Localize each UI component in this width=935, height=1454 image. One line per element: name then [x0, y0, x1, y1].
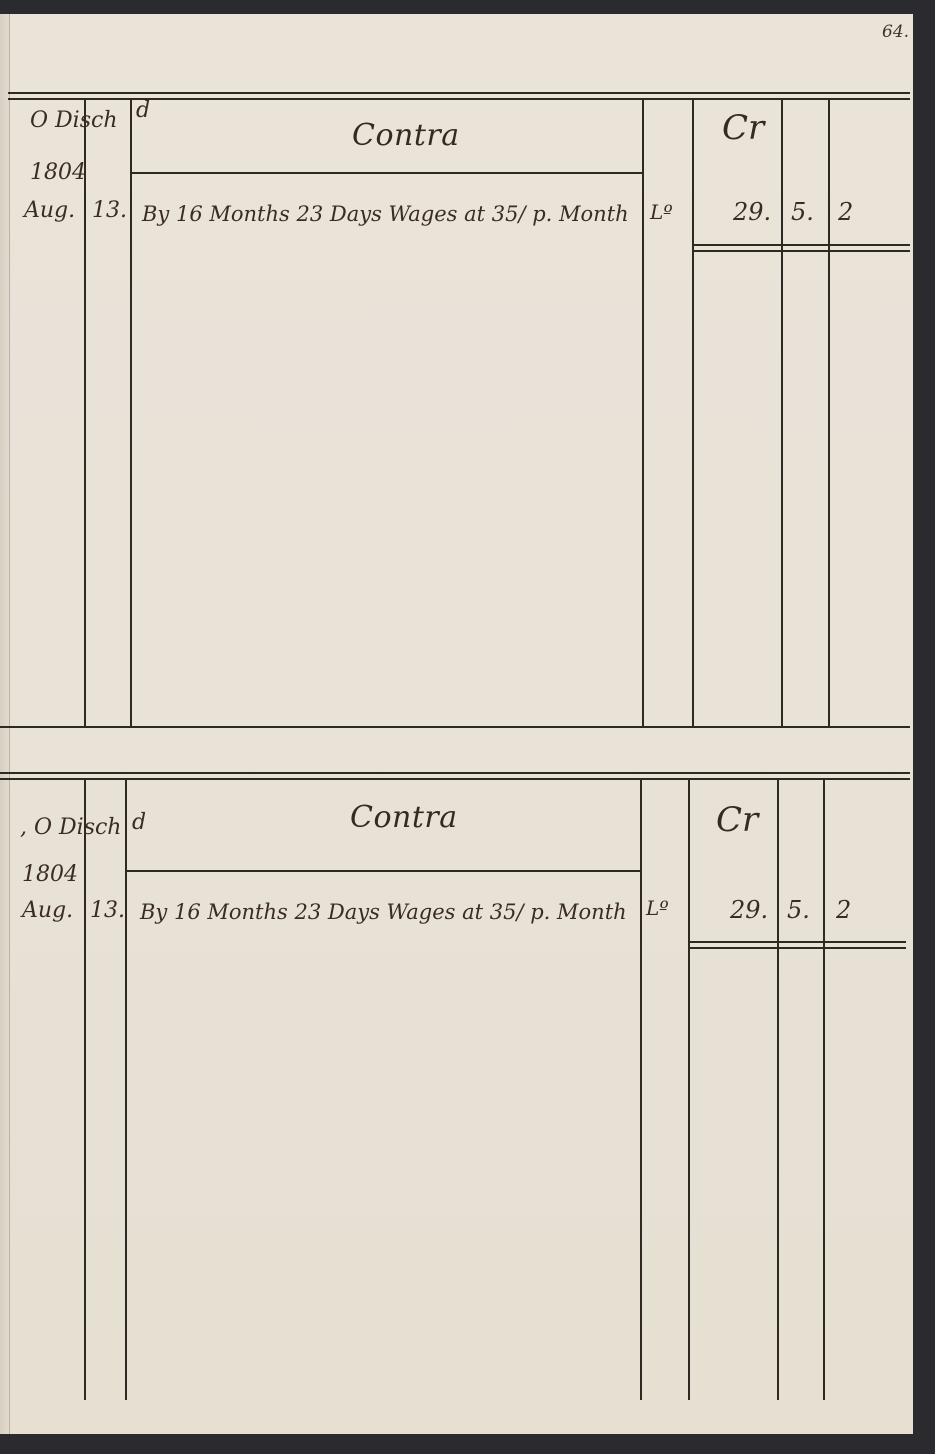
folio-reference: Lº — [646, 896, 669, 920]
entry-month: Aug. — [22, 898, 73, 923]
contra-heading: Contra — [352, 118, 460, 153]
entry-year: 1804 — [22, 862, 78, 887]
contra-heading: Contra — [350, 800, 458, 835]
amount-pence: 2 — [838, 198, 853, 226]
top-rule-1 — [0, 772, 910, 774]
amount-rule-2 — [690, 947, 906, 949]
page-number: 64. — [882, 22, 909, 42]
amount-pence: 2 — [836, 896, 851, 924]
amount-rule-2 — [694, 250, 910, 252]
amount-pounds: 29. — [730, 896, 768, 924]
col-rule-date — [84, 98, 86, 728]
credit-heading: Cr — [716, 800, 758, 840]
section-bottom-rule — [0, 726, 910, 728]
entry-month: Aug. — [24, 198, 75, 223]
col-rule-desc — [642, 98, 644, 728]
amount-shillings: 5. — [791, 198, 814, 226]
amount-pounds: 29. — [733, 198, 771, 226]
ditto-mark: d — [136, 98, 150, 123]
entry-description: By 16 Months 23 Days Wages at 35/ p. Mon… — [142, 202, 629, 226]
entry-year: 1804 — [30, 160, 86, 185]
col-rule-desc — [640, 778, 642, 1400]
disch-label: O Disch — [30, 108, 117, 133]
col-rule-folio — [688, 778, 690, 1400]
col-rule-date — [84, 778, 86, 1400]
entry-day: 13. — [92, 198, 127, 223]
amount-shillings: 5. — [787, 896, 810, 924]
col-rule-shillings — [828, 98, 830, 728]
credit-heading: Cr — [722, 108, 764, 148]
col-rule-day — [130, 98, 132, 728]
col-rule-folio — [692, 98, 694, 728]
entry-day: 13. — [90, 898, 125, 923]
top-rule-1 — [8, 92, 910, 94]
page-binding-edge — [0, 14, 10, 1434]
disch-label: , O Disch — [20, 815, 121, 840]
col-rule-pounds — [777, 778, 779, 1400]
folio-reference: Lº — [650, 200, 673, 224]
col-rule-pounds — [781, 98, 783, 728]
amount-rule-1 — [694, 244, 910, 246]
top-rule-2 — [0, 778, 910, 780]
amount-rule-1 — [690, 941, 906, 943]
ditto-mark: d — [132, 810, 146, 835]
heading-underline — [132, 172, 642, 174]
col-rule-shillings — [823, 778, 825, 1400]
entry-description: By 16 Months 23 Days Wages at 35/ p. Mon… — [140, 900, 627, 924]
heading-underline — [127, 870, 640, 872]
